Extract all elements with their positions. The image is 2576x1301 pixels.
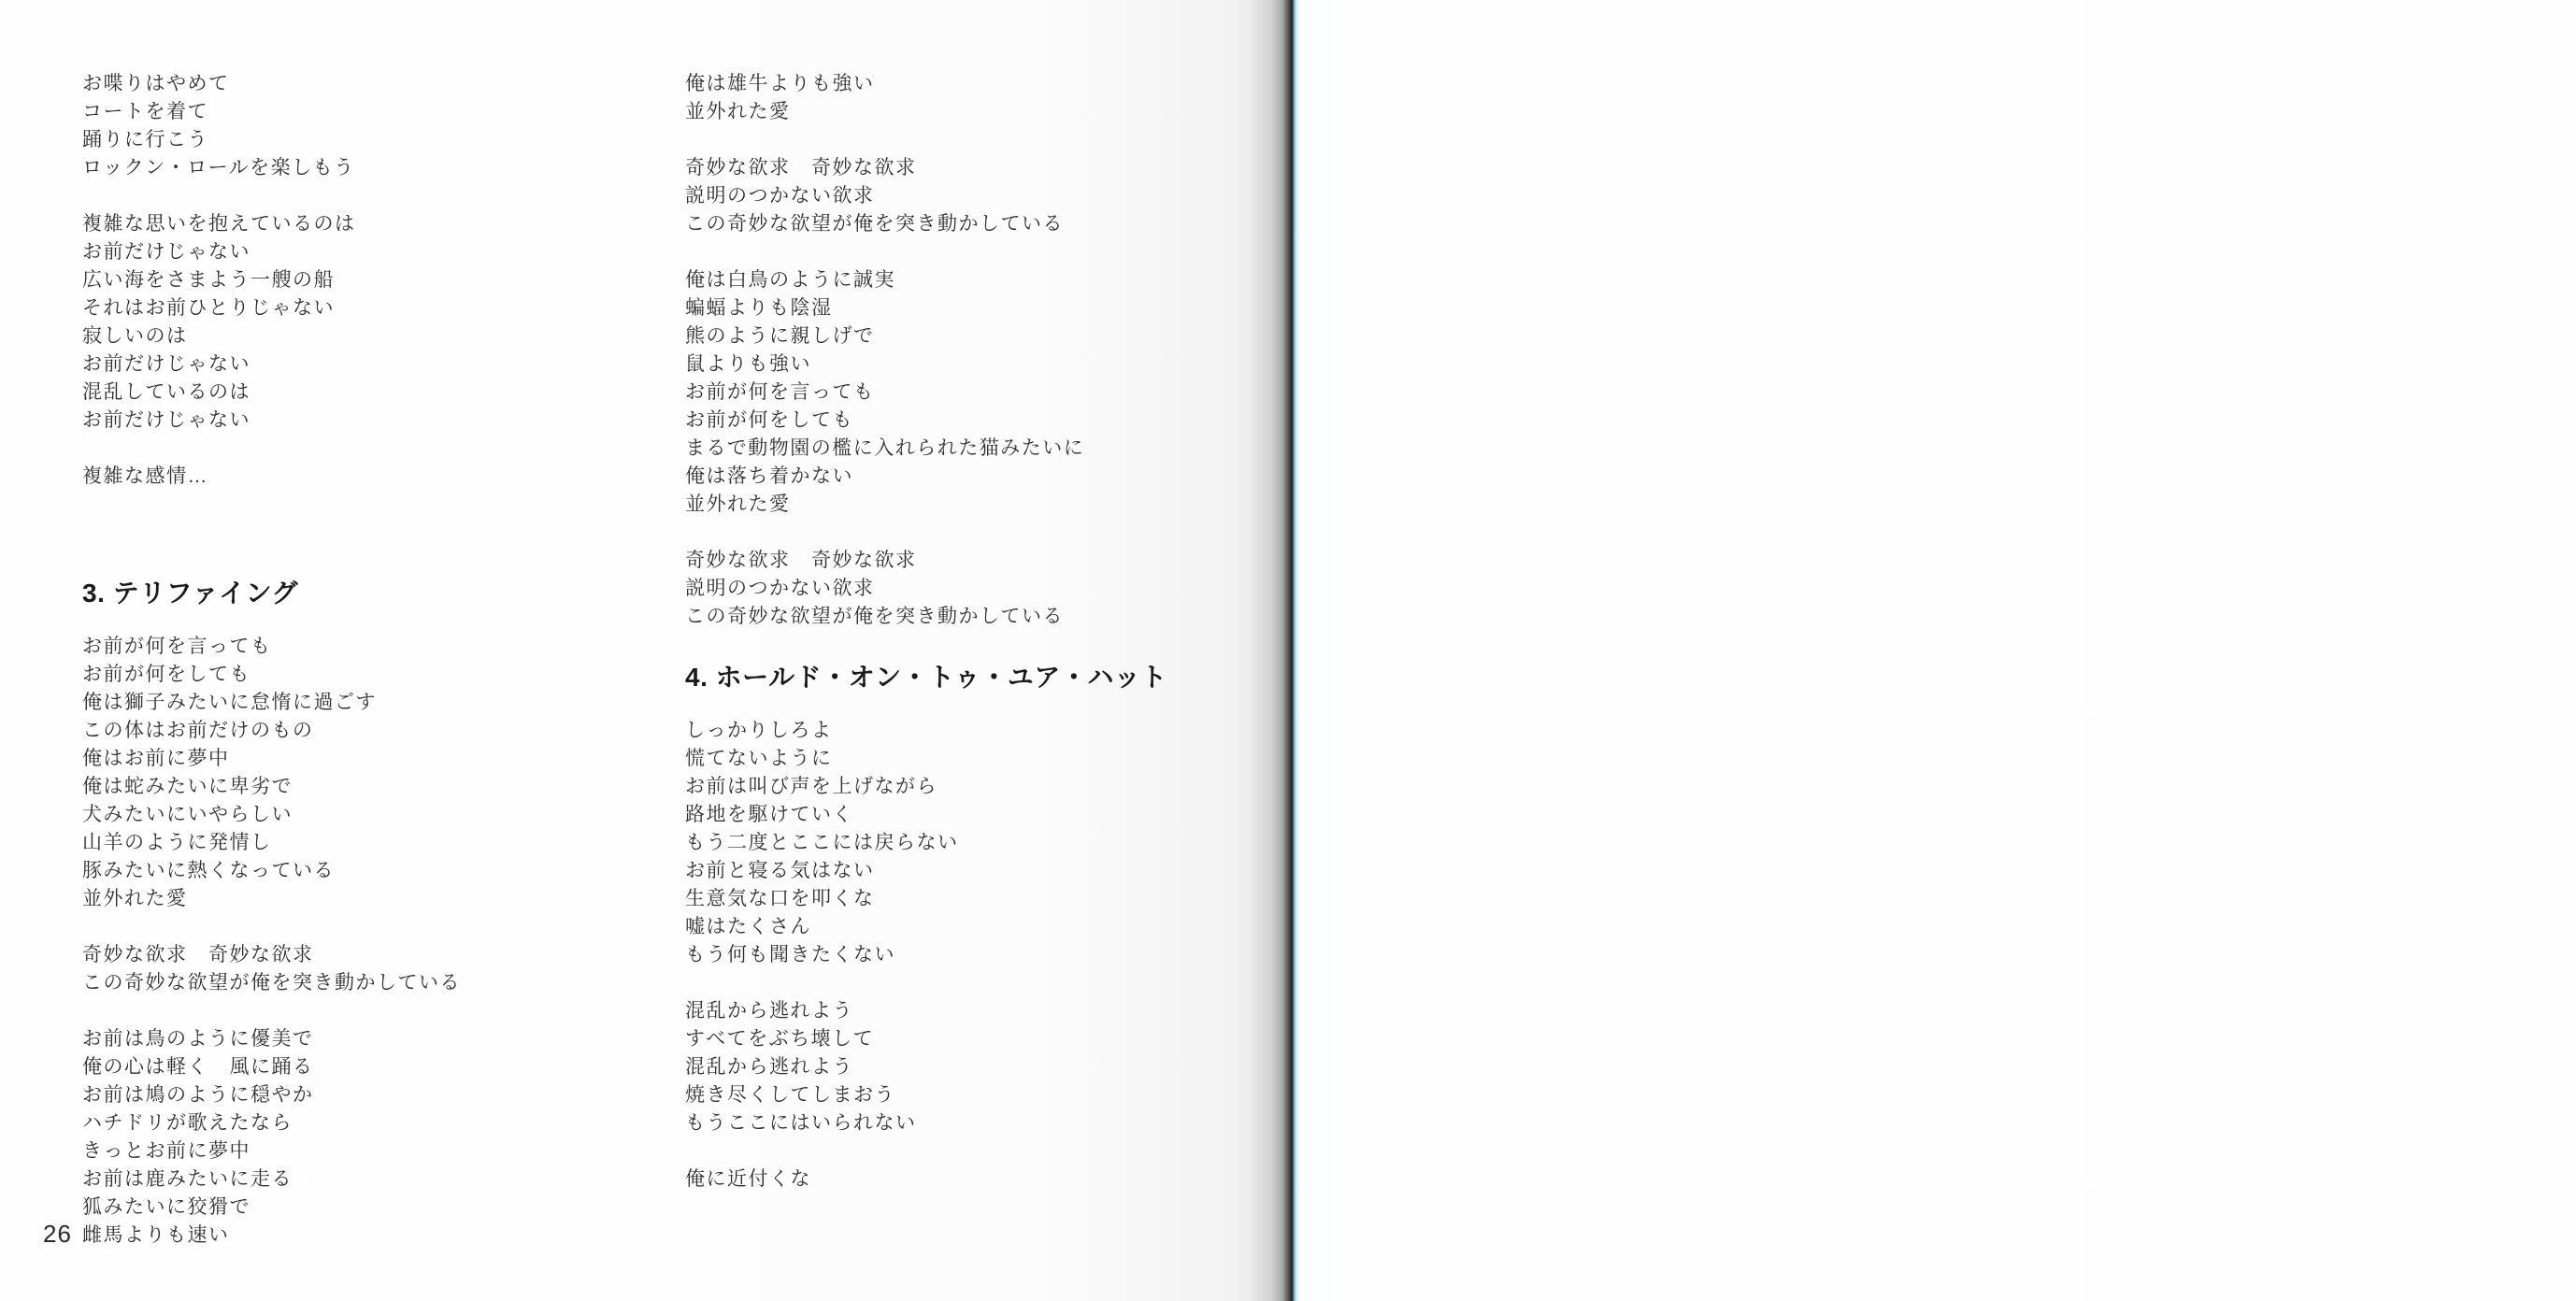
lyric-line: 並外れた愛 (685, 98, 1283, 126)
lyric-line: 広い海をさまよう一艘の船 (82, 266, 680, 294)
lyric-line: 混乱から逃れよう (685, 997, 1283, 1025)
lyric-stanza: 奇妙な欲求 奇妙な欲求この奇妙な欲望が俺を突き動かしている (82, 941, 680, 997)
lyric-line: 踊りに行こう (82, 126, 680, 154)
lyric-line: コートを着て (82, 98, 680, 126)
lyric-line: 俺はお前に夢中 (82, 745, 680, 773)
page-right: 俺の家から出て行け分け前に不足はない充分だったはず心の準備をしろよ驚かないように… (1305, 0, 2576, 1301)
lyric-line: もう何も聞きたくない (685, 941, 1283, 969)
lyric-line: 寂しいのは (82, 322, 680, 350)
lyric-line: お前が何をしても (82, 661, 680, 689)
lyric-line: 奇妙な欲求 奇妙な欲求 (685, 547, 1283, 575)
lyric-stanza: お喋りはやめてコートを着て踊りに行こうロックン・ロールを楽しもう (82, 70, 680, 182)
lyric-stanza: お前が何を言ってもお前が何をしても俺は獅子みたいに怠惰に過ごすこの体はお前だけの… (82, 633, 680, 913)
song-title-heading: 3. テリファイング (82, 575, 680, 612)
lyric-line: 慌てないように (685, 745, 1283, 773)
lyric-stanza: しっかりしろよ慌てないようにお前は叫び声を上げながら路地を駆けていくもう二度とこ… (685, 717, 1283, 969)
lyric-stanza: 混乱から逃れようすべてをぶち壊して混乱から逃れよう焼き尽くしてしまおうもうここに… (685, 997, 1283, 1137)
page-number-left: 26 (43, 1220, 72, 1249)
lyric-line: 俺は白鳥のように誠実 (685, 266, 1283, 294)
booklet-spine-fold (1249, 0, 1305, 1301)
lyric-line: お前だけじゃない (82, 238, 680, 266)
lyric-line: この奇妙な欲望が俺を突き動かしている (685, 210, 1283, 238)
booklet-scan: お喋りはやめてコートを着て踊りに行こうロックン・ロールを楽しもう複雑な思いを抱え… (0, 0, 2576, 1301)
lyric-line: 混乱から逃れよう (685, 1053, 1283, 1081)
lyric-line: 蝙蝠よりも陰湿 (685, 294, 1283, 322)
lyric-line: 生意気な口を叩くな (685, 885, 1283, 913)
lyric-line: 雌馬よりも速い (82, 1222, 680, 1250)
lyric-line: お前が何を言っても (685, 379, 1283, 407)
lyric-line: 説明のつかない欲求 (685, 575, 1283, 603)
lyric-line: お前だけじゃない (82, 407, 680, 435)
lyric-stanza: お前は鳥のように優美で俺の心は軽く 風に踊るお前は鳩のように穏やかハチドリが歌え… (82, 1025, 680, 1250)
lyrics-column-1: お喋りはやめてコートを着て踊りに行こうロックン・ロールを楽しもう複雑な思いを抱え… (82, 70, 680, 1278)
lyric-line: 俺は落ち着かない (685, 463, 1283, 491)
lyric-line: この体はお前だけのもの (82, 717, 680, 745)
lyric-line: 俺の心は軽く 風に踊る (82, 1053, 680, 1081)
lyric-line: 俺に近付くな (685, 1165, 1283, 1194)
lyric-line: 混乱しているのは (82, 379, 680, 407)
lyric-line: この奇妙な欲望が俺を突き動かしている (82, 969, 680, 997)
lyric-line: しっかりしろよ (685, 717, 1283, 745)
lyric-line: お前が何を言っても (82, 633, 680, 661)
lyric-line: 俺は蛇みたいに卑劣で (82, 773, 680, 801)
lyric-line: それはお前ひとりじゃない (82, 294, 680, 322)
lyric-line: お前が何をしても (685, 407, 1283, 435)
lyrics-column-2: 俺は雄牛よりも強い並外れた愛奇妙な欲求 奇妙な欲求説明のつかない欲求この奇妙な欲… (685, 70, 1283, 1222)
lyric-line: お喋りはやめて (82, 70, 680, 98)
lyric-line: すべてをぶち壊して (685, 1025, 1283, 1053)
lyric-line: 山羊のように発情し (82, 829, 680, 857)
lyric-line: 奇妙な欲求 奇妙な欲求 (82, 941, 680, 969)
lyric-line: ハチドリが歌えたなら (82, 1109, 680, 1137)
stanza-gap (82, 519, 680, 547)
lyric-line: 路地を駆けていく (685, 801, 1283, 829)
lyric-line: お前は鹿みたいに走る (82, 1165, 680, 1194)
lyric-line: 並外れた愛 (82, 885, 680, 913)
lyric-line: まるで動物園の檻に入れられた猫みたいに (685, 435, 1283, 463)
lyric-line: 熊のように親しげで (685, 322, 1283, 350)
lyric-line: お前は鳥のように優美で (82, 1025, 680, 1053)
lyric-line: お前は鳩のように穏やか (82, 1081, 680, 1109)
lyric-line: 焼き尽くしてしまおう (685, 1081, 1283, 1109)
lyric-stanza: 奇妙な欲求 奇妙な欲求説明のつかない欲求この奇妙な欲望が俺を突き動かしている (685, 547, 1283, 631)
lyric-line: 鼠よりも強い (685, 350, 1283, 379)
lyric-line: 複雑な思いを抱えているのは (82, 210, 680, 238)
lyric-line: 犬みたいにいやらしい (82, 801, 680, 829)
lyric-line: お前だけじゃない (82, 350, 680, 379)
song-title-heading: 4. ホールド・オン・トゥ・ユア・ハット (685, 659, 1283, 696)
lyric-line: この奇妙な欲望が俺を突き動かしている (685, 603, 1283, 631)
lyric-stanza: 俺に近付くな (685, 1165, 1283, 1194)
page-left: お喋りはやめてコートを着て踊りに行こうロックン・ロールを楽しもう複雑な思いを抱え… (0, 0, 1286, 1301)
lyric-stanza: 俺は雄牛よりも強い並外れた愛 (685, 70, 1283, 126)
lyric-line: お前と寝る気はない (685, 857, 1283, 885)
lyric-line: 並外れた愛 (685, 491, 1283, 519)
lyric-line: 複雑な感情… (82, 463, 680, 491)
lyric-line: ロックン・ロールを楽しもう (82, 154, 680, 182)
lyric-stanza: 奇妙な欲求 奇妙な欲求説明のつかない欲求この奇妙な欲望が俺を突き動かしている (685, 154, 1283, 238)
lyric-stanza: 複雑な感情… (82, 463, 680, 491)
lyric-line: 嘘はたくさん (685, 913, 1283, 941)
lyric-stanza: 俺は白鳥のように誠実蝙蝠よりも陰湿熊のように親しげで鼠よりも強いお前が何を言って… (685, 266, 1283, 519)
lyric-line: きっとお前に夢中 (82, 1137, 680, 1165)
lyric-line: 俺は獅子みたいに怠惰に過ごす (82, 689, 680, 717)
lyric-line: もう二度とここには戻らない (685, 829, 1283, 857)
lyric-line: 狐みたいに狡猾で (82, 1194, 680, 1222)
lyric-line: 奇妙な欲求 奇妙な欲求 (685, 154, 1283, 182)
lyric-line: 俺は雄牛よりも強い (685, 70, 1283, 98)
lyric-line: お前は叫び声を上げながら (685, 773, 1283, 801)
lyric-stanza: 複雑な思いを抱えているのはお前だけじゃない広い海をさまよう一艘の船それはお前ひと… (82, 210, 680, 435)
lyric-line: 豚みたいに熱くなっている (82, 857, 680, 885)
lyric-line: 説明のつかない欲求 (685, 182, 1283, 210)
lyric-line: もうここにはいられない (685, 1109, 1283, 1137)
